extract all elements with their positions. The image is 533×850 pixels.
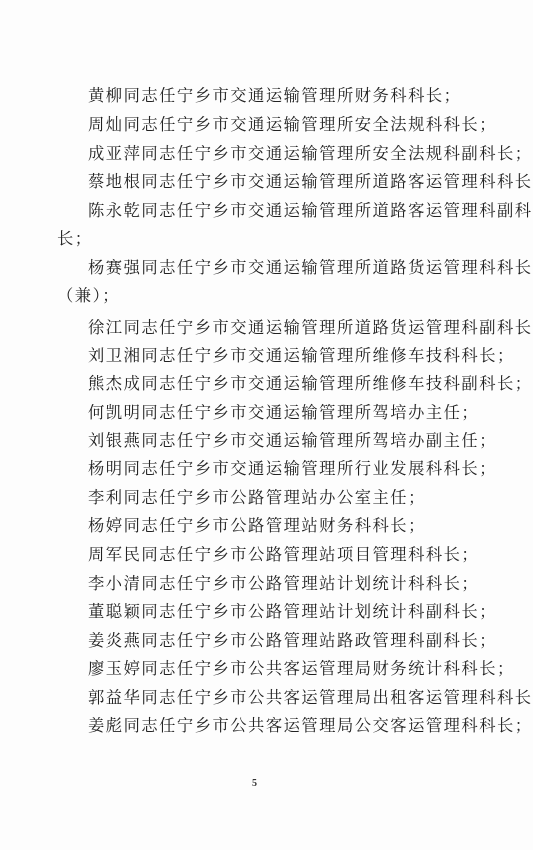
appointment-line: 周军民同志任宁乡市公路管理站项目管理科科长； bbox=[88, 545, 479, 565]
appointment-line: 刘银燕同志任宁乡市交通运输管理所驾培办副主任； bbox=[88, 431, 497, 451]
appointment-line-continuation: 长； bbox=[57, 229, 93, 249]
appointment-line: 郭益华同志任宁乡市公共客运管理局出租客运管理科科长； bbox=[88, 688, 533, 708]
appointment-line: 何凯明同志任宁乡市交通运输管理所驾培办主任； bbox=[88, 403, 479, 423]
appointment-line: 徐江同志任宁乡市交通运输管理所道路货运管理科副科长； bbox=[88, 318, 533, 338]
appointment-line: 杨婷同志任宁乡市公路管理站财务科科长； bbox=[88, 516, 426, 536]
appointment-line: 董聪颖同志任宁乡市公路管理站计划统计科副科长； bbox=[88, 602, 497, 622]
appointment-line: 刘卫湘同志任宁乡市交通运输管理所维修车技科科长； bbox=[88, 346, 515, 366]
appointment-line: 周灿同志任宁乡市交通运输管理所安全法规科科长； bbox=[88, 115, 497, 135]
document-page: 黄柳同志任宁乡市交通运输管理所财务科科长； 周灿同志任宁乡市交通运输管理所安全法… bbox=[0, 0, 533, 850]
appointment-line: 陈永乾同志任宁乡市交通运输管理所道路客运管理科副科 bbox=[88, 201, 533, 221]
appointment-line-continuation: （兼）； bbox=[57, 286, 120, 306]
appointment-line: 姜彪同志任宁乡市公共客运管理局公交客运管理科科长； bbox=[88, 716, 533, 736]
appointment-line: 蔡地根同志任宁乡市交通运输管理所道路客运管理科科长； bbox=[88, 172, 533, 192]
appointment-line: 成亚萍同志任宁乡市交通运输管理所安全法规科副科长； bbox=[88, 144, 533, 164]
appointment-line: 李小清同志任宁乡市公路管理站计划统计科科长； bbox=[88, 574, 479, 594]
appointment-line: 黄柳同志任宁乡市交通运输管理所财务科科长； bbox=[88, 86, 461, 106]
page-number: 5 bbox=[252, 778, 257, 789]
appointment-line: 廖玉婷同志任宁乡市公共客运管理局财务统计科科长； bbox=[88, 659, 515, 679]
appointment-line: 杨明同志任宁乡市交通运输管理所行业发展科科长； bbox=[88, 459, 497, 479]
appointment-line: 杨赛强同志任宁乡市交通运输管理所道路货运管理科科长 bbox=[88, 258, 533, 278]
appointment-line: 姜炎燕同志任宁乡市公路管理站路政管理科副科长； bbox=[88, 631, 497, 651]
appointment-line: 李利同志任宁乡市公路管理站办公室主任； bbox=[88, 488, 426, 508]
appointment-line: 熊杰成同志任宁乡市交通运输管理所维修车技科副科长； bbox=[88, 374, 533, 394]
